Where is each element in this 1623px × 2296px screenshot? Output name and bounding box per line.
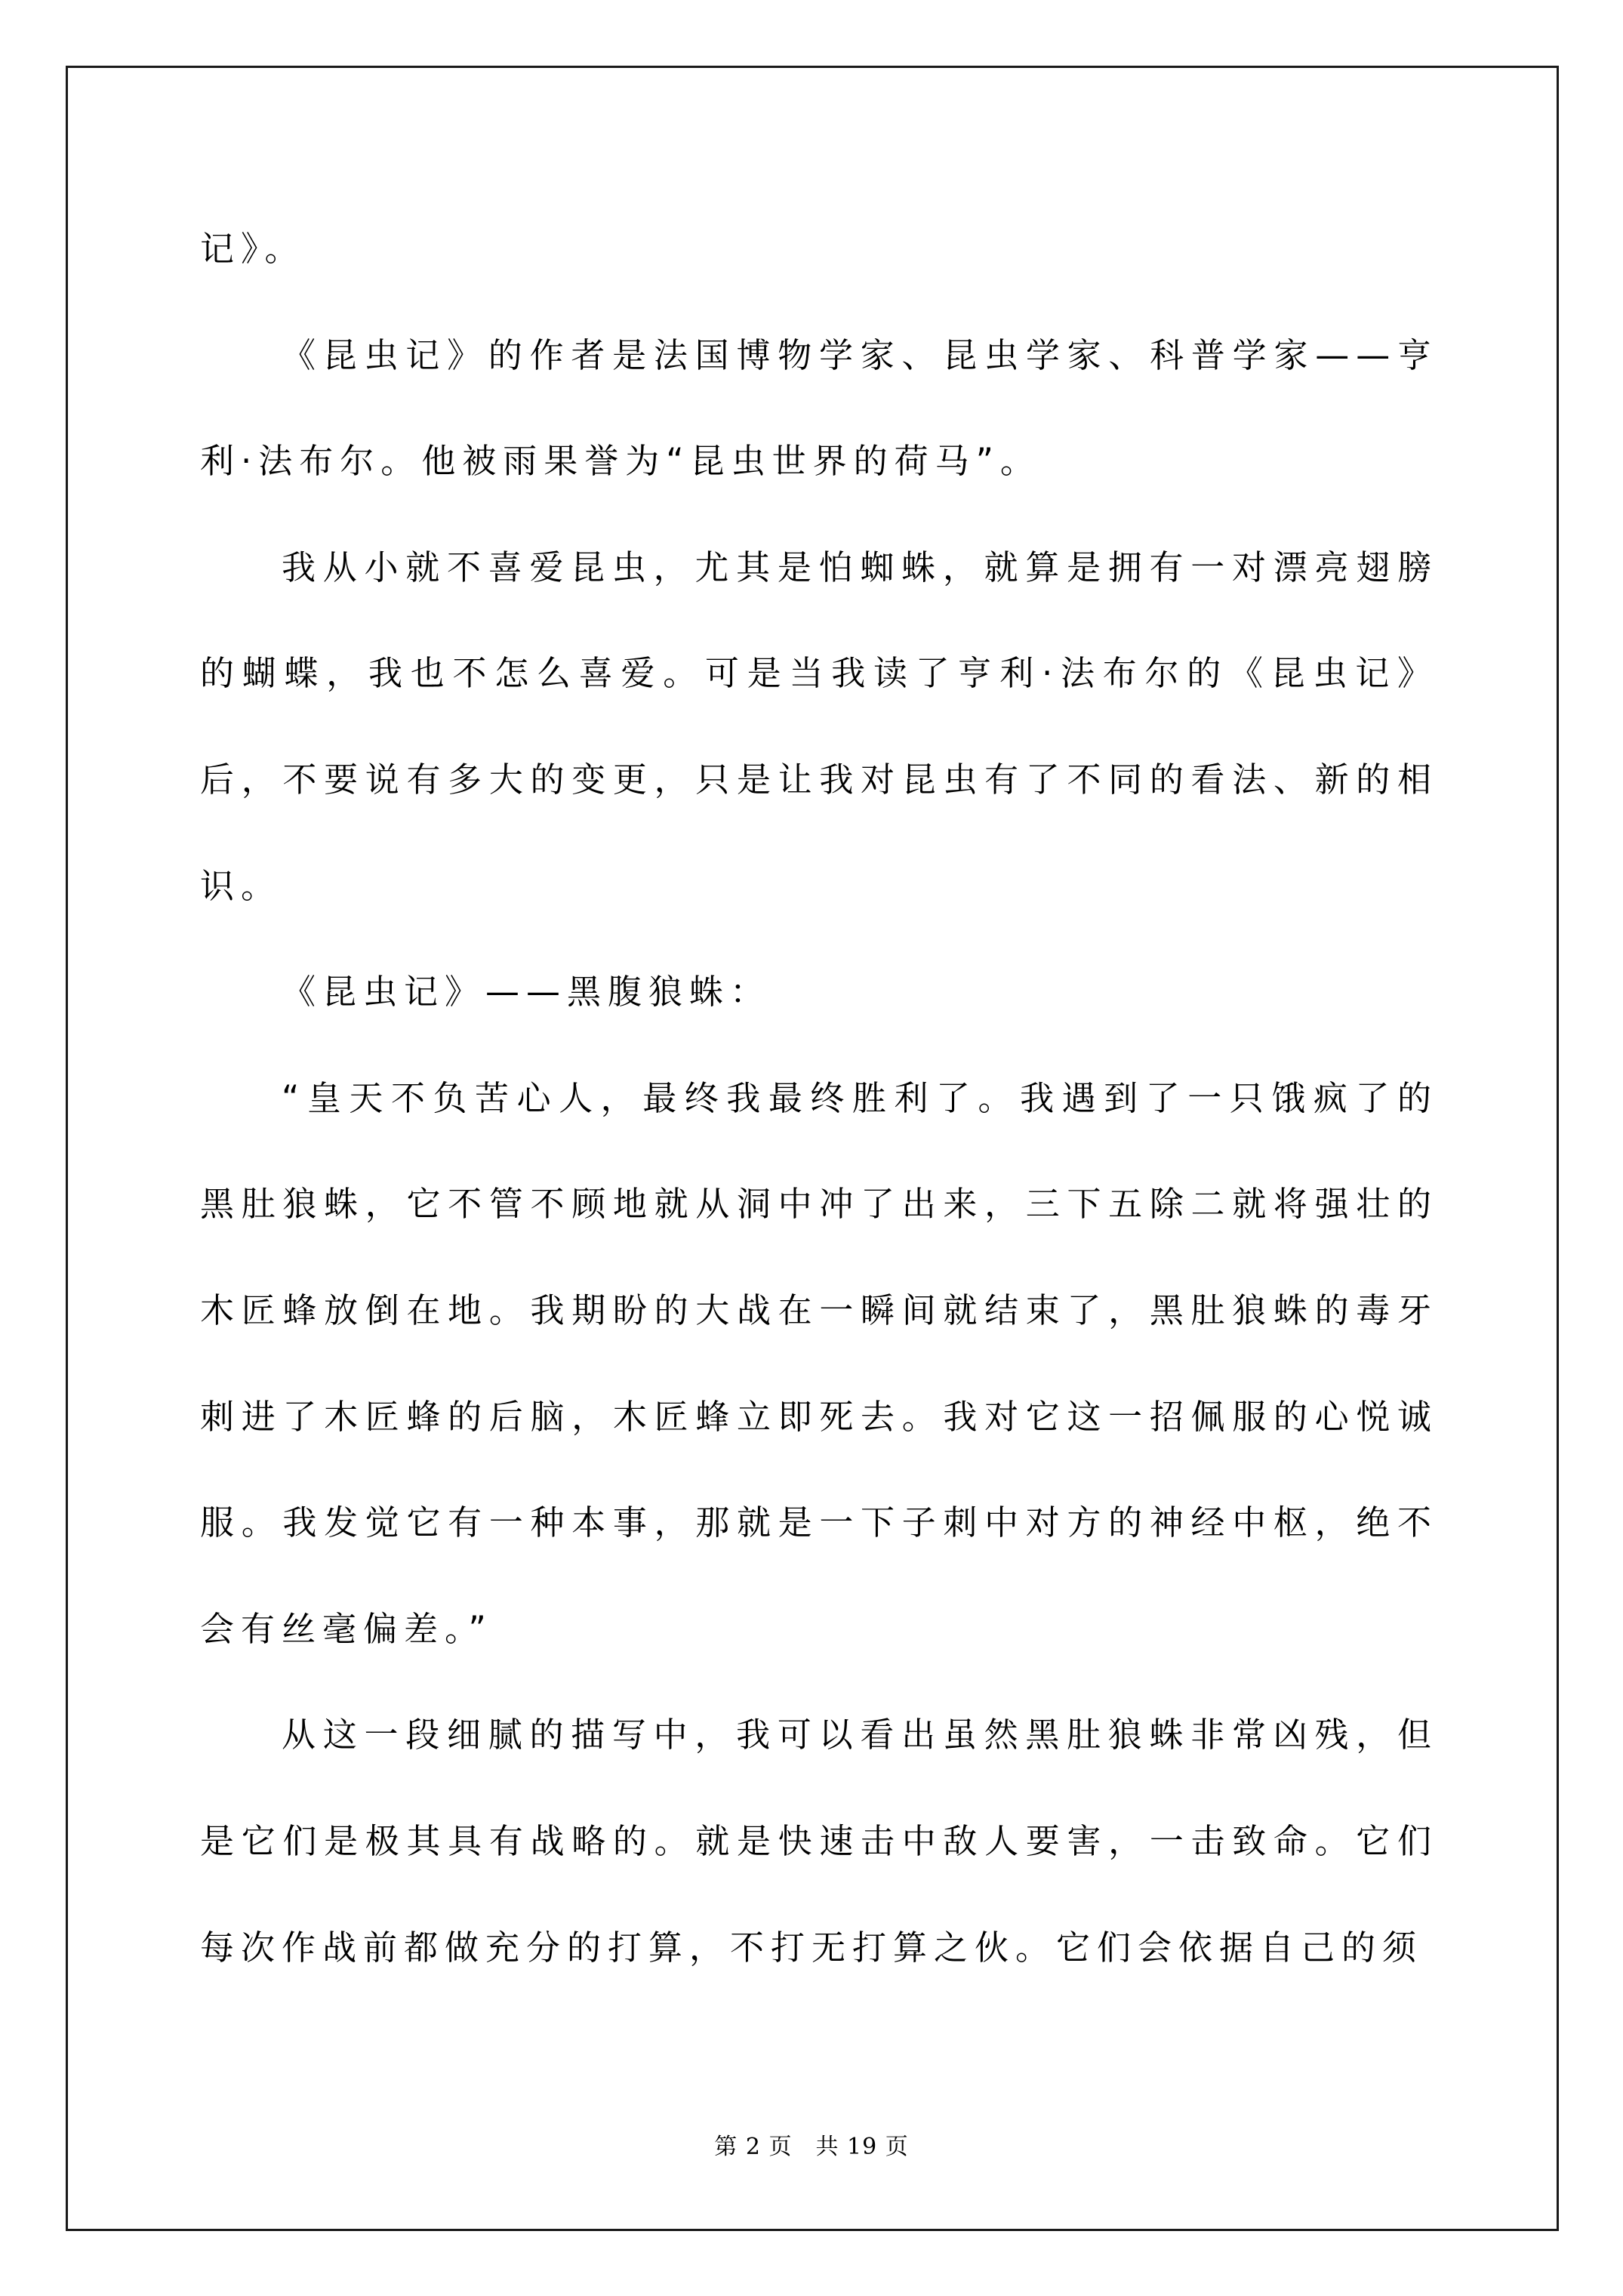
page-number-footer: 第 2 页 共 19 页 [0, 2128, 1623, 2161]
paragraph-analysis: 从这一段细腻的描写中，我可以看出虽然黑肚狼蛛非常凶残，但是它们是极其具有战略的。… [200, 1682, 1438, 2001]
section-heading-black-belly-wolf-spider: 《昆虫记》——黑腹狼蛛： [200, 939, 1438, 1046]
paragraph-continuation: 记》。 [200, 196, 1438, 303]
document-body: 记》。 《昆虫记》的作者是法国博物学家、昆虫学家、科普学家——亨利·法布尔。他被… [200, 196, 1438, 2001]
paragraph-quotation: “皇天不负苦心人，最终我最终胜利了。我遇到了一只饿疯了的黑肚狼蛛，它不管不顾地就… [200, 1046, 1438, 1683]
paragraph-personal-view: 我从小就不喜爱昆虫，尤其是怕蜘蛛，就算是拥有一对漂亮翅膀的蝴蝶，我也不怎么喜爱。… [200, 515, 1438, 939]
paragraph-author-intro: 《昆虫记》的作者是法国博物学家、昆虫学家、科普学家——亨利·法布尔。他被雨果誉为… [200, 303, 1438, 515]
